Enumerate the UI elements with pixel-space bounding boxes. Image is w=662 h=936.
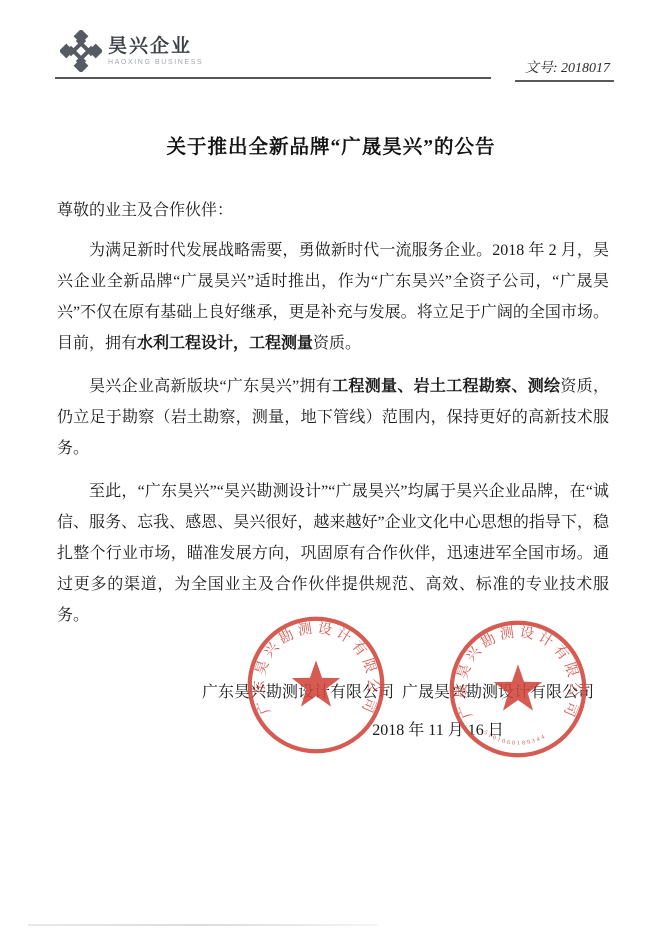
paragraph-2: 昊兴企业高新版块“广东昊兴”拥有工程测量、岩土工程勘察、测绘资质，仍立足于勘察（… xyxy=(57,371,609,464)
logo-company-name: 昊兴企业 xyxy=(108,37,203,57)
header-rule xyxy=(55,77,491,79)
star-icon xyxy=(292,660,341,706)
seal-number-text: 5101060189344 xyxy=(482,730,547,747)
text-run-bold: 工程测量、岩土工程勘察、测绘 xyxy=(332,378,560,395)
scan-artifact-line xyxy=(28,924,378,926)
text-run: 资质。 xyxy=(313,335,361,352)
company-seal-left: 广东昊兴勘测设计有限公司 xyxy=(245,614,387,756)
company-logo: 昊兴企业 HAOXING BUSINESS xyxy=(60,30,203,72)
company-seal-right: 广晟昊兴勘测设计有限公司 5101060189344 xyxy=(447,618,589,760)
salutation: 尊敬的业主及合作伙伴： xyxy=(57,197,233,220)
paragraph-3: 至此，“广东昊兴”“昊兴勘测设计”“广晟昊兴”均属于昊兴企业品牌，在“诚信、服务… xyxy=(57,476,609,631)
logo-text-block: 昊兴企业 HAOXING BUSINESS xyxy=(108,37,203,66)
text-run: 昊兴企业高新版块“广东昊兴”拥有 xyxy=(89,378,332,395)
document-page: 昊兴企业 HAOXING BUSINESS 文号: 2018017 关于推出全新… xyxy=(0,0,662,936)
doc-number: 文号: 2018017 xyxy=(515,57,614,82)
logo-company-subtitle: HAOXING BUSINESS xyxy=(108,59,203,66)
page-title: 关于推出全新品牌“广晟昊兴”的公告 xyxy=(0,131,662,159)
gear-logo-icon xyxy=(60,30,102,72)
paragraph-1: 为满足新时代发展战略需要，勇做新时代一流服务企业。2018 年 2 月，昊兴企业… xyxy=(57,235,609,359)
body-block: 为满足新时代发展战略需要，勇做新时代一流服务企业。2018 年 2 月，昊兴企业… xyxy=(57,235,609,643)
star-icon xyxy=(494,664,543,710)
text-run-bold: 水利工程设计，工程测量 xyxy=(137,335,313,352)
